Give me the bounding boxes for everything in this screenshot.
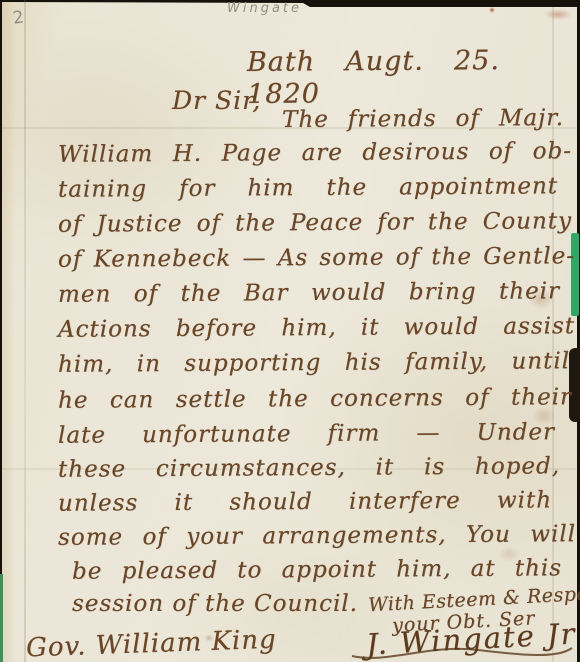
body-line: The friends of Majr. [282, 105, 564, 135]
body-line: some of your arrangements, You will [58, 521, 576, 552]
stain-smudge-red [544, 9, 572, 20]
body-line: of Justice of the Peace for the County [58, 208, 572, 239]
body-line: be pleased to appoint him, at this [72, 555, 562, 586]
fold-crease-vertical-left [24, 0, 26, 662]
body-line: session of the Council. [72, 591, 358, 617]
body-line: he can settle the concerns of their [58, 384, 572, 415]
body-line: him, in supporting his family, until [58, 348, 570, 379]
dateline: Bath Augt. 25. 1820 [247, 45, 500, 112]
body-line: these circumstances, it is hoped, [58, 453, 560, 484]
body-line: of Kennebeck — As some of the Gentle- [58, 243, 575, 274]
pencil-annotation: Wingate [227, 1, 302, 16]
salutation: Dr Sir, [172, 86, 261, 115]
body-line: unless it should interfere with [58, 487, 552, 518]
body-line: taining for him the appointment [58, 173, 558, 204]
body-line: men of the Bar would bring their [58, 278, 560, 309]
green-backing-sliver [0, 574, 3, 662]
body-line: Actions before him, it would assist [58, 313, 575, 344]
signature-flourish [348, 640, 576, 662]
stain-dot-red [489, 7, 495, 13]
body-line: late unfortunate firm — Under [58, 419, 555, 450]
body-line: William H. Page are desirous of ob- [58, 138, 572, 169]
manuscript-scan: 2 Wingate Bath Augt. 25. 1820 Dr Sir, Th… [0, 0, 580, 662]
